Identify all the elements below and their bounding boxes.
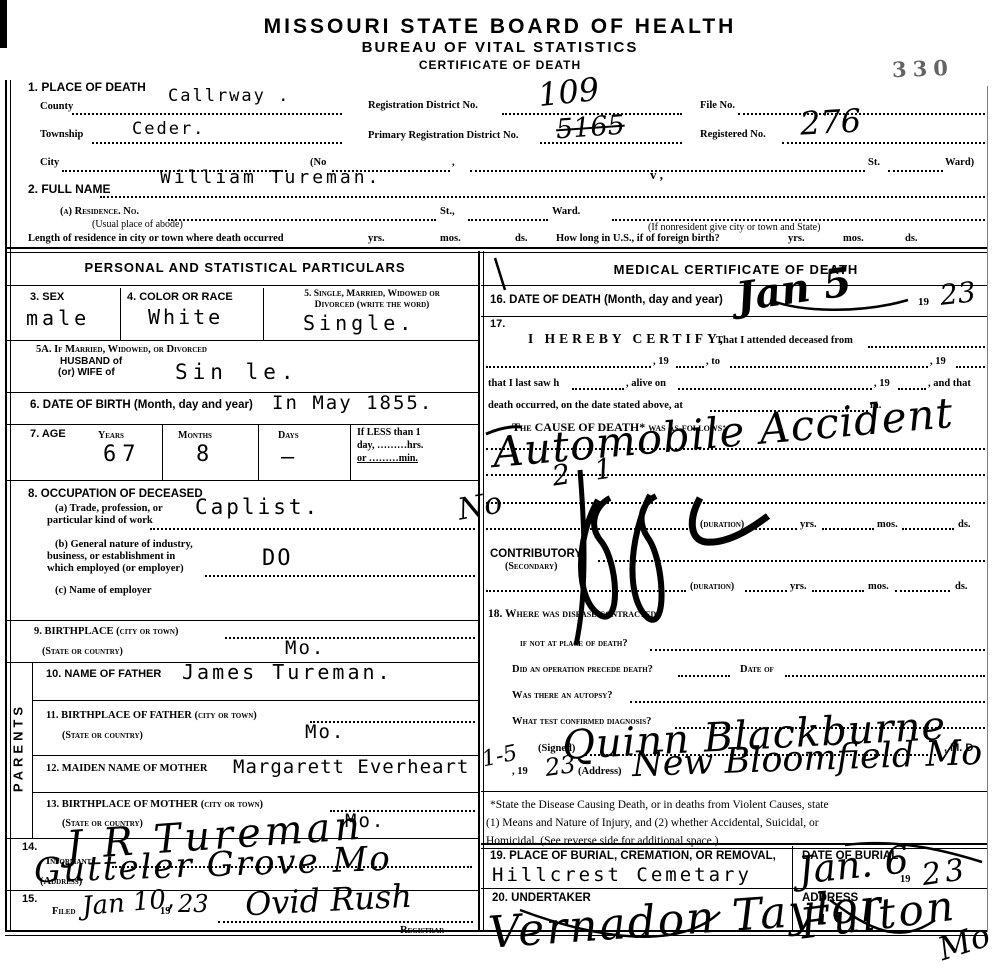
township-line bbox=[92, 142, 342, 144]
rule-above-19 bbox=[481, 843, 987, 849]
mos-label-2: mos. bbox=[843, 233, 864, 244]
mother-name-label: 12. MAIDEN NAME OF MOTHER bbox=[46, 763, 207, 774]
duration-line-1 bbox=[486, 528, 696, 530]
residence-st-line bbox=[468, 219, 548, 221]
certify-bold-text: I HEREBY CERTIFY, bbox=[528, 331, 727, 347]
husband-of-label: HUSBAND of bbox=[60, 356, 122, 367]
residence-no-line bbox=[168, 219, 436, 221]
sex-label: 3. SEX bbox=[30, 291, 64, 303]
county-label: County bbox=[40, 101, 73, 112]
rule-below-5 bbox=[5, 340, 478, 341]
township-value: Ceder. bbox=[132, 119, 205, 139]
duration-ds-2: ds. bbox=[955, 581, 968, 592]
father-birthplace-value: Mo. bbox=[305, 721, 345, 743]
if-not-place-label: if not at place of death? bbox=[520, 638, 628, 649]
duration-ds-1: ds. bbox=[958, 519, 971, 530]
full-name-value: William Tureman. bbox=[160, 167, 381, 188]
age-months-label: Months bbox=[178, 430, 212, 441]
occupation-a-label1: (a) Trade, profession, or bbox=[55, 503, 163, 514]
death-year-script: 23 bbox=[939, 278, 977, 310]
father-state-label: (State or country) bbox=[62, 730, 143, 741]
duration-label-2: (duration) bbox=[690, 581, 734, 592]
date-of-death-label: 16. DATE OF DEATH (Month, day and year) bbox=[490, 294, 723, 306]
registrar-label: Registrar bbox=[400, 925, 444, 936]
duration-line-2 bbox=[486, 590, 686, 592]
certify-19a: , 19 bbox=[653, 356, 669, 367]
operation-date-label: Date of bbox=[740, 664, 774, 675]
registered-no-line bbox=[782, 142, 985, 144]
file-no-label: File No. bbox=[700, 100, 735, 111]
duration-mos-2: mos. bbox=[868, 581, 889, 592]
center-divider-rule bbox=[478, 251, 484, 931]
registered-no-label: Registered No. bbox=[700, 129, 766, 140]
abode-note: (Usual place of abode) bbox=[92, 219, 183, 230]
contributory-line bbox=[598, 560, 985, 562]
filed-year-script: 23 bbox=[178, 892, 209, 916]
color-race-label: 4. COLOR OR RACE bbox=[127, 291, 233, 303]
doc-type-title: CERTIFICATE OF DEATH bbox=[0, 58, 1000, 72]
stamp-number: 330 bbox=[892, 55, 955, 82]
occupation-a-value: Caplist. bbox=[195, 495, 320, 519]
yrs-label-2: yrs. bbox=[788, 233, 805, 244]
mother-birthplace-label: 13. BIRTHPLACE OF MOTHER (city or town) bbox=[46, 799, 263, 810]
operation-line bbox=[678, 675, 730, 677]
length-residence-label: Length of residence in city or town wher… bbox=[28, 233, 284, 244]
occupation-c-label: (c) Name of employer bbox=[55, 585, 152, 596]
city-label: City bbox=[40, 157, 59, 168]
registration-district-label: Registration District No. bbox=[368, 100, 478, 111]
physician-year-prefix: , 19 bbox=[512, 766, 528, 777]
lastsaw-line-1 bbox=[572, 388, 624, 390]
age-months-value: 8 bbox=[196, 442, 211, 467]
certify-line-2c bbox=[730, 366, 928, 368]
page-title: MISSOURI STATE BOARD OF HEALTH bbox=[0, 15, 1000, 39]
physician-address-script: New Bloomfield Mo bbox=[631, 736, 982, 783]
ward-label: Ward) bbox=[945, 157, 974, 168]
file-no-line bbox=[738, 113, 985, 115]
rule-below-16 bbox=[481, 316, 987, 317]
duration-ds-line-1 bbox=[902, 528, 954, 530]
occupation-b-label2: business, or establishment in bbox=[47, 551, 175, 562]
wife-of-label: (or) WIFE of bbox=[58, 367, 115, 378]
age-less-line3: or ………min. bbox=[357, 453, 418, 464]
rule-below-7 bbox=[5, 480, 478, 481]
certify-19b: , 19 bbox=[930, 356, 946, 367]
marital-value: Single. bbox=[303, 311, 415, 335]
mos-label-1: mos. bbox=[440, 233, 461, 244]
disease-contracted-heading: 18. Where was disease contracted bbox=[488, 608, 656, 620]
certify-to: , to bbox=[706, 356, 720, 367]
ds-label-1: ds. bbox=[515, 233, 528, 244]
certify-line-1 bbox=[868, 346, 985, 348]
cause-line-3 bbox=[486, 502, 985, 504]
township-label: Township bbox=[40, 129, 83, 140]
primary-district-label: Primary Registration District No. bbox=[368, 130, 518, 141]
burial-year-prefix: 19 bbox=[900, 874, 911, 885]
birthplace-line bbox=[225, 637, 475, 639]
age-days-value: — bbox=[281, 445, 296, 470]
age-divider-3 bbox=[350, 424, 351, 480]
birthplace-state-label: (State or country) bbox=[42, 646, 123, 657]
marital-label-line1: 5. Single, Married, Widowed or bbox=[268, 289, 476, 299]
howlong-us-label: How long in U.S., if of foreign birth? bbox=[556, 233, 720, 244]
registered-no-value: 276 bbox=[799, 104, 862, 139]
occupation-heading: 8. OCCUPATION OF DECEASED bbox=[28, 488, 203, 500]
cause-line-1 bbox=[486, 448, 985, 450]
age-divider-2 bbox=[258, 424, 259, 480]
registration-district-value: 109 bbox=[536, 73, 600, 111]
street-no-comma: , bbox=[452, 157, 455, 168]
cause-scribble-numbers: 2 1 bbox=[550, 453, 622, 490]
full-name-heading: 2. FULL NAME bbox=[28, 182, 110, 196]
color-race-value: White bbox=[148, 305, 223, 329]
ward-line bbox=[888, 170, 943, 172]
certify-line-2b bbox=[676, 366, 704, 368]
occupation-b-line bbox=[205, 575, 475, 577]
st-label: St. bbox=[868, 157, 880, 168]
lastsaw-text: that I last saw h bbox=[488, 378, 559, 389]
item-17-number: 17. bbox=[490, 318, 505, 330]
certify-line-2a bbox=[486, 366, 651, 368]
stray-no-script: No bbox=[456, 488, 505, 525]
occupation-a-label2: particular kind of work bbox=[47, 515, 153, 526]
duration-ds-line-2 bbox=[895, 590, 950, 592]
rule-below-signed bbox=[481, 791, 987, 792]
full-name-line bbox=[100, 196, 985, 198]
mother-name-value: Margarett Everheart bbox=[233, 756, 469, 778]
left-header-rule bbox=[5, 285, 478, 286]
parents-box-divider bbox=[32, 662, 33, 838]
right-border-rule bbox=[987, 86, 988, 932]
occupation-b-label1: (b) General nature of industry, bbox=[55, 539, 193, 550]
father-birthplace-label: 11. BIRTHPLACE OF FATHER (city or town) bbox=[46, 710, 257, 721]
sex-race-divider bbox=[120, 288, 121, 340]
occupation-a-line bbox=[150, 528, 475, 530]
residence-label: (a) Residence. No. bbox=[60, 206, 139, 217]
operation-date-line bbox=[785, 675, 985, 677]
age-less-line2: day, ………hrs. bbox=[357, 440, 423, 451]
yrs-label-1: yrs. bbox=[368, 233, 385, 244]
age-divider-1 bbox=[162, 424, 163, 480]
footnote-line2: (1) Means and Nature of Injury, and (2) … bbox=[486, 817, 819, 829]
age-days-label: Days bbox=[278, 430, 299, 441]
certify-19c: , 19 bbox=[874, 378, 890, 389]
father-name-value: James Tureman. bbox=[182, 660, 393, 684]
age-years-label: Years bbox=[98, 430, 124, 441]
certify-rest-text: That I attended deceased from bbox=[716, 335, 853, 346]
residence-st-label: St., bbox=[440, 206, 455, 217]
county-line bbox=[72, 113, 342, 115]
duration-yrs-2: yrs. bbox=[790, 581, 807, 592]
death-occurred-text: death occurred, on the date stated above… bbox=[488, 400, 683, 411]
header-divider-rule bbox=[5, 247, 987, 253]
duration-mos-line-1 bbox=[822, 528, 874, 530]
married-widowed-label: 5A. If Married, Widowed, or Divorced bbox=[36, 344, 207, 355]
left-column-header: PERSONAL AND STATISTICAL PARTICULARS bbox=[20, 260, 470, 275]
birthplace-label: 9. BIRTHPLACE (city or town) bbox=[34, 626, 178, 637]
autopsy-label: Was there an autopsy? bbox=[512, 690, 613, 701]
operation-label: Did an operation precede death? bbox=[512, 664, 653, 675]
age-years-value: 67 bbox=[103, 442, 142, 467]
duration-yrs-1: yrs. bbox=[800, 519, 817, 530]
county-value: Callrway . bbox=[168, 86, 290, 106]
birthplace-value: Mo. bbox=[285, 637, 325, 659]
date-of-birth-label: 6. DATE OF BIRTH (Month, day and year) bbox=[30, 399, 253, 411]
parents-vertical-label: PARENTS bbox=[11, 673, 26, 823]
physician-year-script: 23 bbox=[543, 752, 577, 780]
duration-mos-line-2 bbox=[812, 590, 864, 592]
date-of-birth-value: In May 1855. bbox=[272, 392, 433, 414]
if-not-place-line bbox=[650, 649, 985, 651]
rule-below-10 bbox=[32, 700, 478, 701]
registrar-signature: Ovid Rush bbox=[244, 880, 412, 921]
ds-label-2: ds. bbox=[905, 233, 918, 244]
rule-below-6 bbox=[5, 424, 478, 425]
husband-wife-value: Sin le. bbox=[175, 360, 299, 384]
stray-ink-mark: v , bbox=[650, 167, 663, 183]
rule-below-12 bbox=[32, 792, 478, 793]
death-certificate-document: MISSOURI STATE BOARD OF HEALTH BUREAU OF… bbox=[0, 0, 1000, 968]
primary-district-value: 5165 bbox=[555, 112, 625, 144]
page-subtitle: BUREAU OF VITAL STATISTICS bbox=[0, 39, 1000, 56]
residence-ward-line bbox=[612, 219, 985, 221]
burial-place-label: 19. PLACE OF BURIAL, CREMATION, OR REMOV… bbox=[490, 850, 776, 862]
filed-year-prefix: 19 bbox=[160, 906, 171, 917]
certify-line-2d bbox=[956, 366, 985, 368]
race-single-divider bbox=[263, 288, 264, 340]
filed-label: Filed bbox=[52, 906, 76, 917]
aliveon-text: , alive on bbox=[626, 378, 666, 389]
sex-value: male bbox=[26, 306, 90, 330]
age-label: 7. AGE bbox=[30, 428, 66, 440]
secondary-label: (Secondary) bbox=[505, 561, 557, 572]
duration-yrs-line-2 bbox=[745, 590, 787, 592]
contributory-label: CONTRIBUTORY bbox=[490, 548, 582, 560]
marital-label-line2: Divorced (write the word) bbox=[268, 300, 476, 310]
duration-mos-1: mos. bbox=[877, 519, 898, 530]
physician-address-label: (Address) bbox=[578, 766, 622, 777]
occupation-b-label3: which employed (or employer) bbox=[47, 563, 184, 574]
street-line bbox=[470, 170, 865, 172]
filed-number: 15. bbox=[22, 893, 37, 905]
lastsaw-line-2 bbox=[678, 388, 872, 390]
residence-ward-label: Ward. bbox=[552, 206, 580, 217]
nonresident-note: (If nonresident give city or town and St… bbox=[648, 222, 820, 233]
duration-label-1: (duration) bbox=[700, 519, 744, 530]
death-year-prefix: 19 bbox=[918, 296, 929, 308]
burial-place-value: Hillcrest Cemetary bbox=[492, 864, 752, 886]
age-less-line1: If LESS than 1 bbox=[357, 427, 421, 438]
occupation-b-value: DO bbox=[262, 546, 293, 571]
father-name-label: 10. NAME OF FATHER bbox=[46, 668, 161, 680]
rule-below-8 bbox=[5, 620, 478, 621]
footnote-line1: *State the Disease Causing Death, or in … bbox=[490, 799, 829, 811]
place-of-death-heading: 1. PLACE OF DEATH bbox=[28, 80, 146, 94]
duration-yrs-line-1 bbox=[755, 528, 797, 530]
